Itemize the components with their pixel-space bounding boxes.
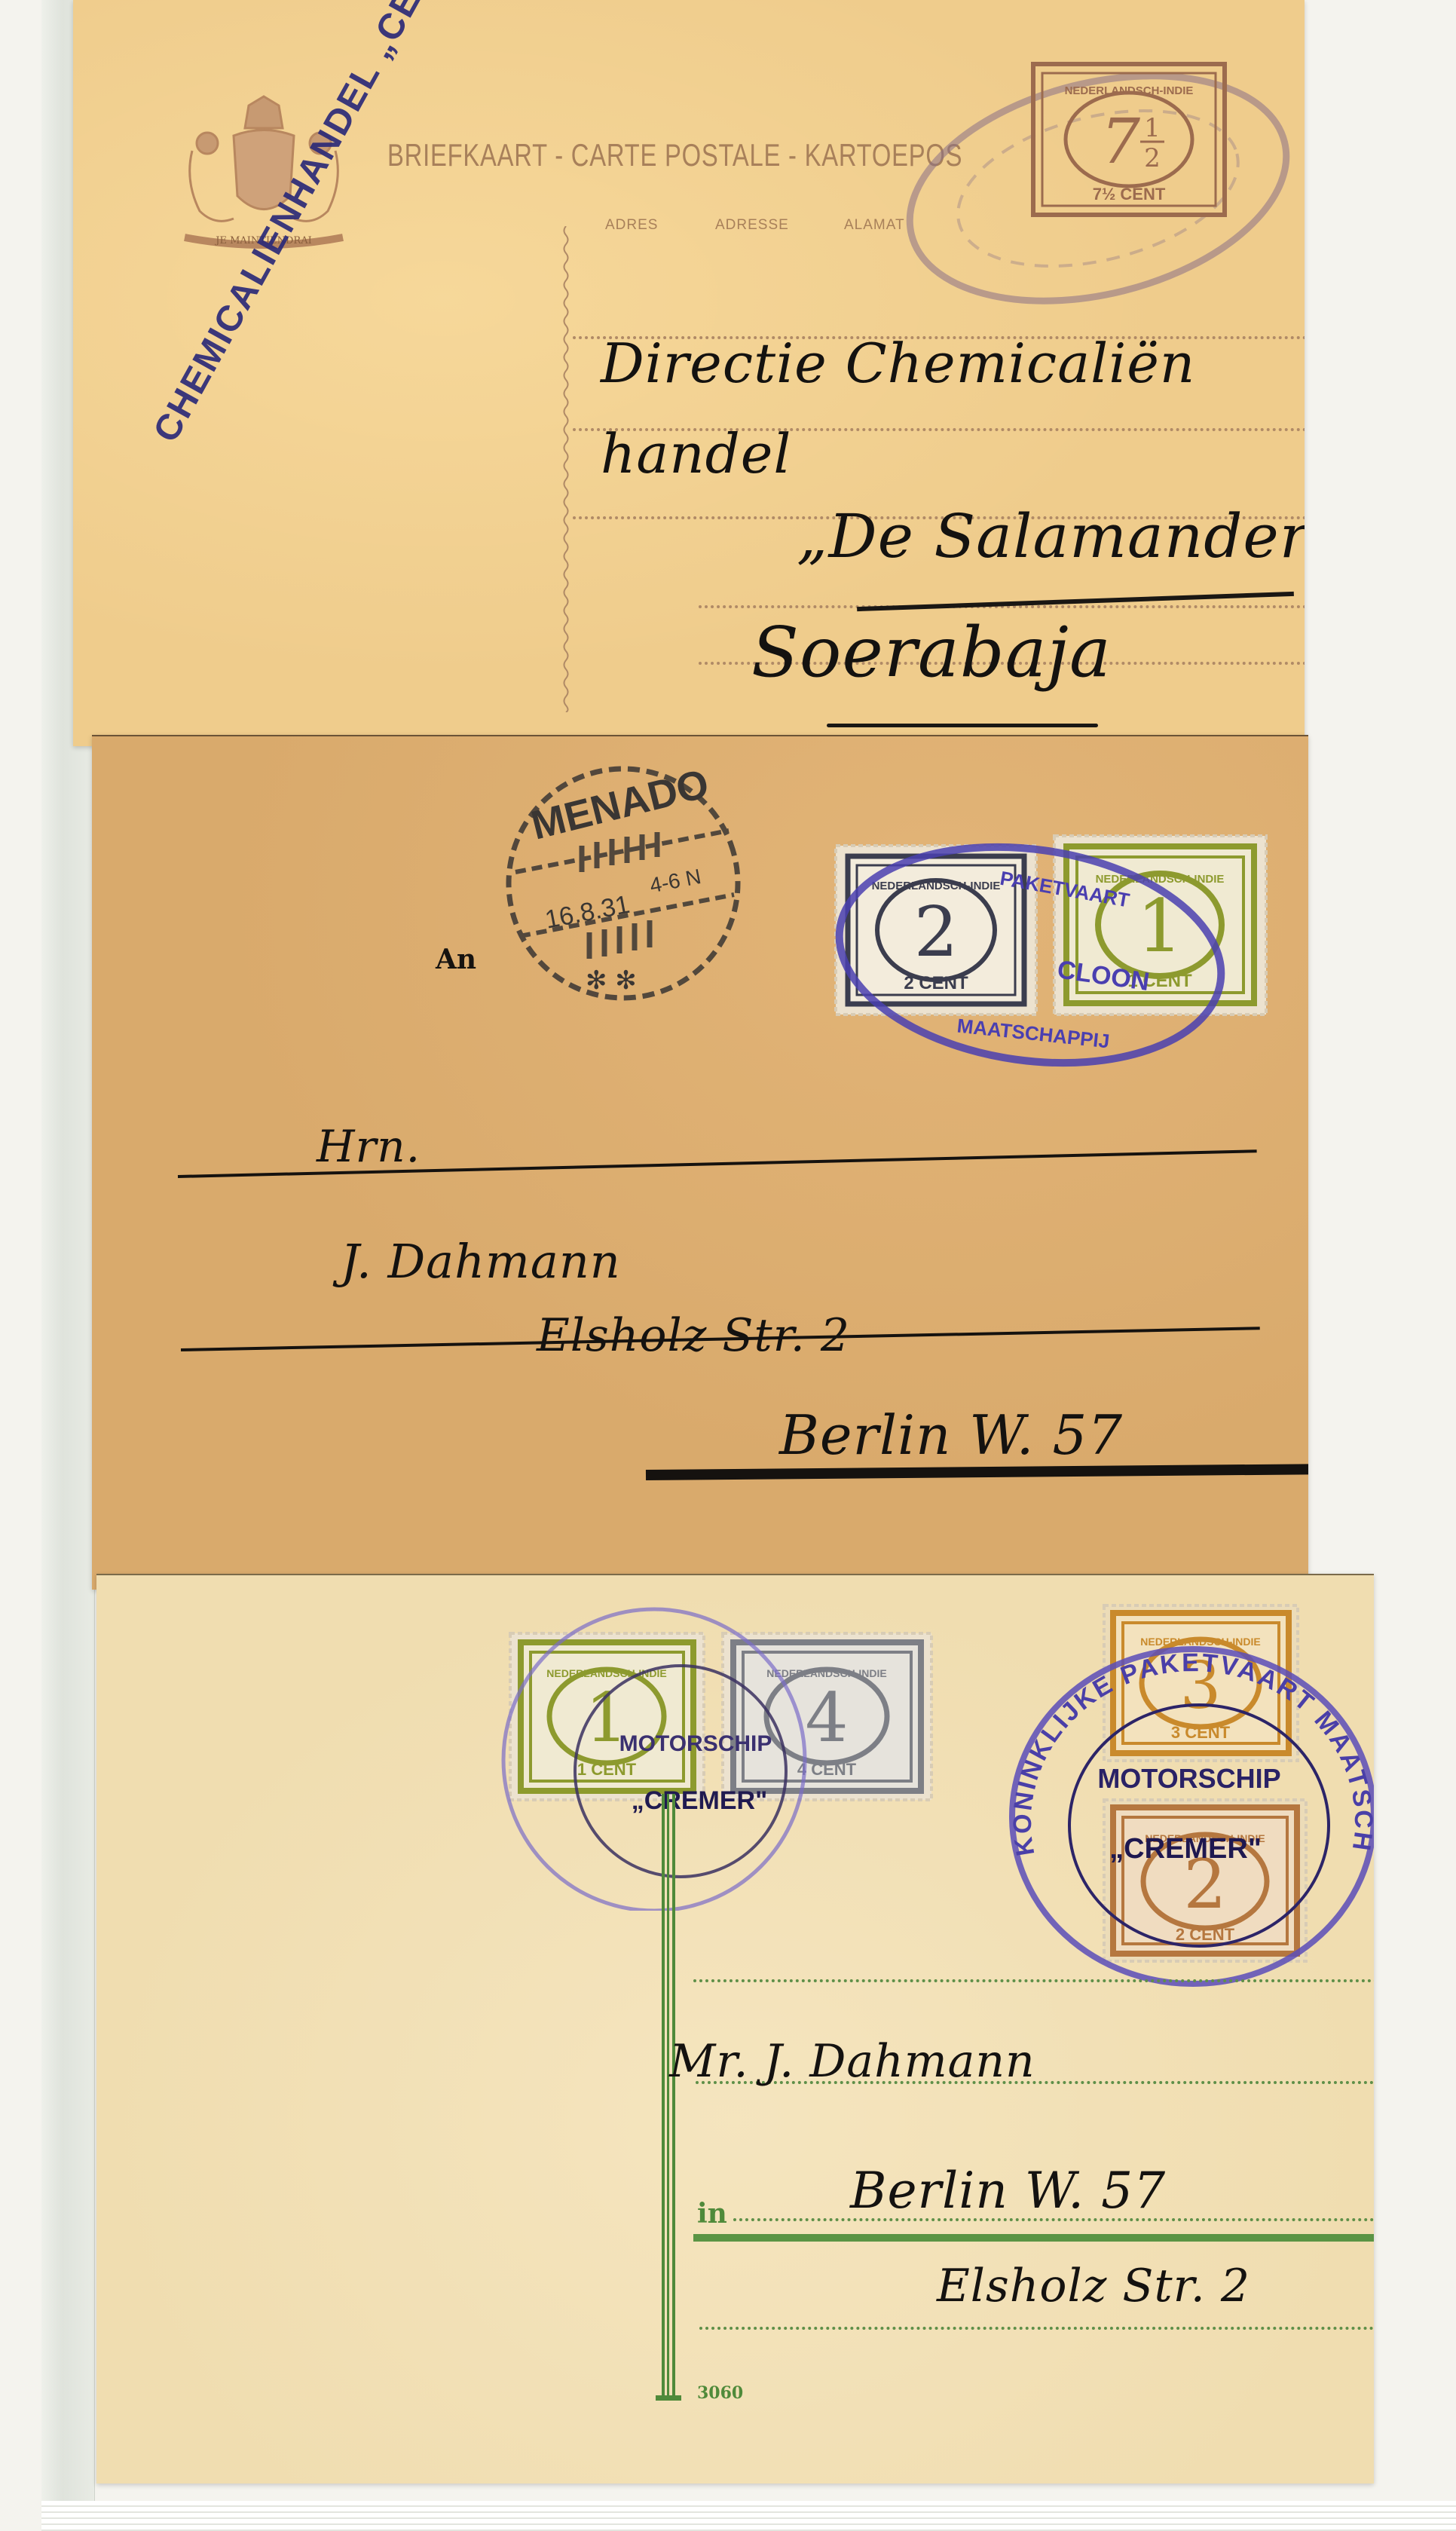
svg-text:CLOON: CLOON (1056, 955, 1152, 996)
postal-card-celebes: JE MAINTIENDRAI BRIEFKAART - CARTE POSTA… (73, 0, 1305, 746)
svg-text:NEDERLANDSCH-INDIE: NEDERLANDSCH-INDIE (1065, 84, 1194, 97)
svg-text:MOTORSCHIP: MOTORSCHIP (1097, 1763, 1280, 1794)
svg-text:4-6 N: 4-6 N (648, 865, 703, 897)
handwritten-address-line-4: Berlin W. 57 (779, 1403, 1123, 1467)
postal-card-menado: An MENADO 16.8.31 4-6 N ✻ ✻ NEDERLANDSCH… (92, 735, 1308, 1590)
handwritten-address-line-3: Elsholz Str. 2 (537, 1309, 850, 1362)
handwritten-address-line-2: Berlin W. 57 (850, 2162, 1166, 2220)
svg-text:„CREMER": „CREMER" (632, 1786, 767, 1815)
label-adresse: ADRESSE (715, 217, 789, 234)
card-header-briefkaart: BRIEFKAART - CARTE POSTALE - KARTOEPOS (387, 137, 962, 173)
svg-text:MENADO: MENADO (527, 761, 713, 848)
svg-text:„CREMER": „CREMER" (1109, 1833, 1262, 1865)
svg-text:KONINKLIJKE PAKETVAART MAATSCH: KONINKLIJKE PAKETVAART MAATSCHAPPIJ (997, 1628, 1374, 1858)
handwritten-address-line-3: „De Salamander" (797, 501, 1305, 571)
green-vertical-divider (662, 1794, 675, 2397)
wavy-divider (561, 226, 570, 712)
svg-text:MOTORSCHIP: MOTORSCHIP (619, 1731, 772, 1756)
circular-ship-cancel-left: MOTORSCHIP „CREMER" (477, 1587, 831, 1911)
menado-postmark: MENADO 16.8.31 4-6 N ✻ ✻ (499, 759, 748, 1008)
printed-an-label: An (436, 944, 476, 975)
imprinted-stamp-7-half-cent: NEDERLANDSCH-INDIE 7 1 2 7½ CENT (1030, 61, 1228, 218)
handwritten-address-line-1: Mr. J. Dahmann (669, 2035, 1035, 2088)
svg-text:MAATSCHAPPIJ: MAATSCHAPPIJ (956, 1014, 1111, 1052)
postal-card-cremer: NEDERLANDSCH-INDIE 1 1 CENT NEDERLANDSCH… (96, 1574, 1374, 2484)
svg-text:1: 1 (1144, 113, 1161, 143)
svg-text:7½ CENT: 7½ CENT (1093, 185, 1166, 204)
form-number: 3060 (697, 2383, 743, 2403)
album-page-bottom-edge (41, 2501, 1456, 2531)
svg-text:7: 7 (1101, 106, 1141, 178)
handwritten-address-line-3: Elsholz Str. 2 (937, 2260, 1250, 2312)
oval-ship-cancel-cloon: PAKETVAART CLOON MAATSCHAPPIJ (827, 834, 1234, 1076)
label-adres: ADRES (605, 217, 658, 234)
address-line (693, 1979, 1374, 1982)
circular-ship-cancel-right: KONINKLIJKE PAKETVAART MAATSCHAPPIJ MOTO… (997, 1628, 1374, 1990)
handwritten-address-line-2: handel (601, 422, 791, 485)
address-rule-thick (693, 2234, 1374, 2242)
underline-stroke (827, 724, 1098, 727)
printed-in-label: in (697, 2198, 727, 2230)
handwritten-address-line-1: Directie Chemicaliën (601, 332, 1195, 395)
svg-text:2: 2 (1144, 143, 1161, 173)
svg-text:✻ ✻: ✻ ✻ (586, 966, 637, 996)
svg-text:PAKETVAART: PAKETVAART (999, 867, 1131, 912)
underline-stroke (857, 592, 1294, 611)
handwritten-address-line-2: J. Dahmann (341, 1234, 621, 1289)
address-line (699, 2327, 1374, 2330)
handwritten-address-line-1: Hrn. (317, 1121, 421, 1172)
green-divider-foot (656, 2395, 681, 2401)
handwritten-address-line-4: Soerabaja (751, 612, 1112, 693)
